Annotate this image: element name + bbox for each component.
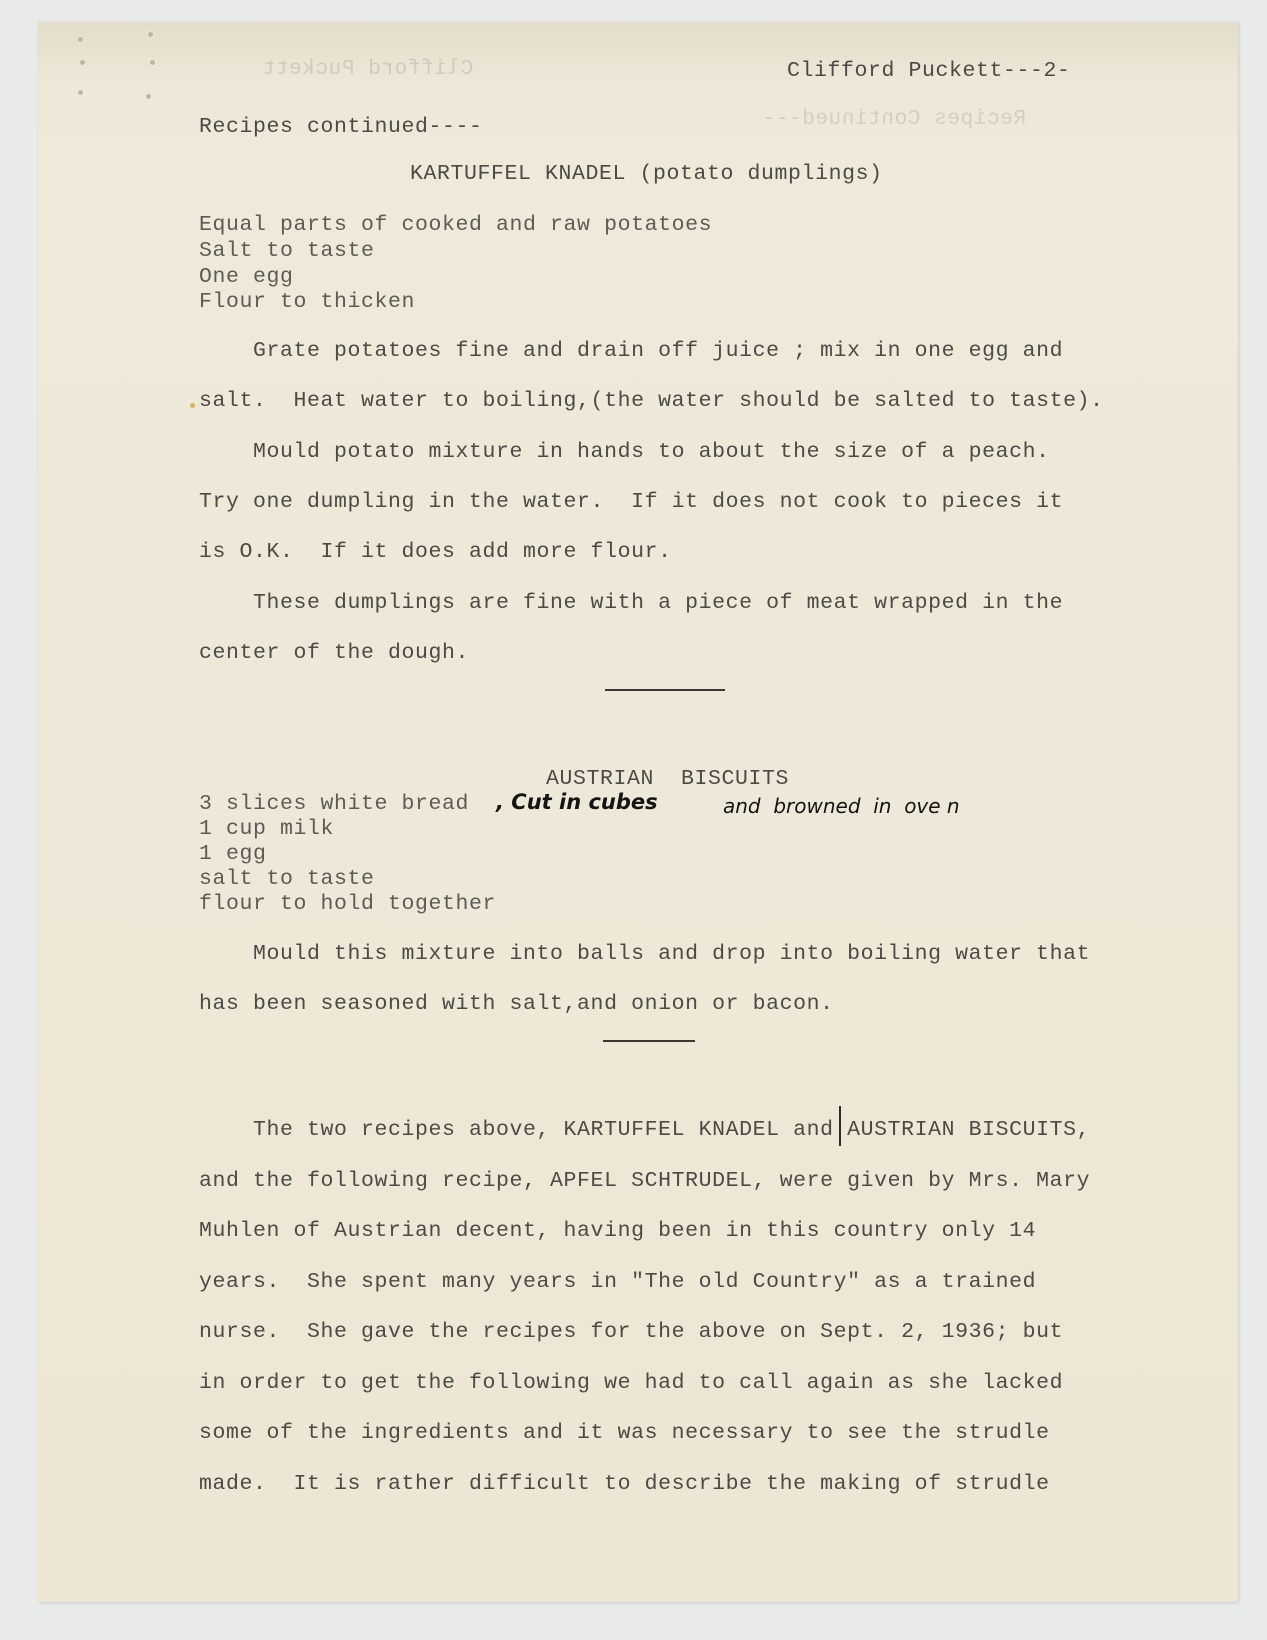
text-line: salt. Heat water to boiling,(the water s… [199, 389, 1104, 413]
text-line: has been seasoned with salt,and onion or… [199, 992, 834, 1016]
text-line: Mould this mixture into balls and drop i… [199, 942, 1090, 966]
ingredient-item: Flour to thicken [199, 290, 415, 314]
section-divider [605, 689, 725, 691]
text-line: These dumplings are fine with a piece of… [199, 591, 1063, 615]
ingredient-item: 1 cup milk [199, 817, 334, 841]
staple-hole [148, 32, 153, 37]
handwritten-annotation-continued: and browned in ove n [723, 794, 960, 818]
ingredient-item: 1 egg [199, 842, 267, 866]
text-line: Mould potato mixture in hands to about t… [199, 440, 1050, 464]
text-line: is O.K. If it does add more flour. [199, 540, 672, 564]
staple-hole [150, 60, 155, 65]
ingredient-item: Salt to taste [199, 239, 375, 263]
text-line: center of the dough. [199, 641, 469, 665]
text-line: Grate potatoes fine and drain off juice … [199, 339, 1063, 363]
text-line: some of the ingredients and it was neces… [199, 1421, 1050, 1445]
ingredient-item: One egg [199, 265, 294, 289]
text-line: Muhlen of Austrian decent, having been i… [199, 1219, 1036, 1243]
text-line: nurse. She gave the recipes for the abov… [199, 1320, 1063, 1344]
staple-hole [146, 94, 151, 99]
section-divider [603, 1040, 695, 1042]
ingredient-item: flour to hold together [199, 892, 496, 916]
staple-hole [78, 37, 83, 42]
text-line: made. It is rather difficult to describe… [199, 1472, 1050, 1496]
recipe-title-kartuffel-knadel: KARTUFFEL KNADEL (potato dumplings) [410, 162, 883, 186]
staple-hole [80, 60, 85, 65]
ingredient-item: Equal parts of cooked and raw potatoes [199, 213, 712, 237]
text-line: years. She spent many years in "The old … [199, 1270, 1036, 1294]
bleed-through-section: Recipes Continued--- [762, 108, 1026, 131]
text-line: and the following recipe, APFEL SCHTRUDE… [199, 1169, 1090, 1193]
text-line: in order to get the following we had to … [199, 1371, 1063, 1395]
bleed-through-author: Clifford Puckett [262, 58, 473, 81]
staple-hole [78, 90, 83, 95]
text-line: Try one dumpling in the water. If it doe… [199, 490, 1063, 514]
text-line: The two recipes above, KARTUFFEL KNADEL … [199, 1118, 1090, 1142]
yellow-mark [190, 403, 195, 408]
pencil-insert-mark [839, 1106, 841, 1146]
ingredient-item: 3 slices white bread [199, 792, 469, 816]
recipe-title-austrian-biscuits: AUSTRIAN BISCUITS [546, 767, 789, 791]
ingredient-item: salt to taste [199, 867, 375, 891]
section-heading: Recipes continued---- [199, 115, 483, 139]
handwritten-annotation: , Cut in cubes [496, 790, 658, 814]
author-page-header: Clifford Puckett---2- [787, 59, 1071, 83]
